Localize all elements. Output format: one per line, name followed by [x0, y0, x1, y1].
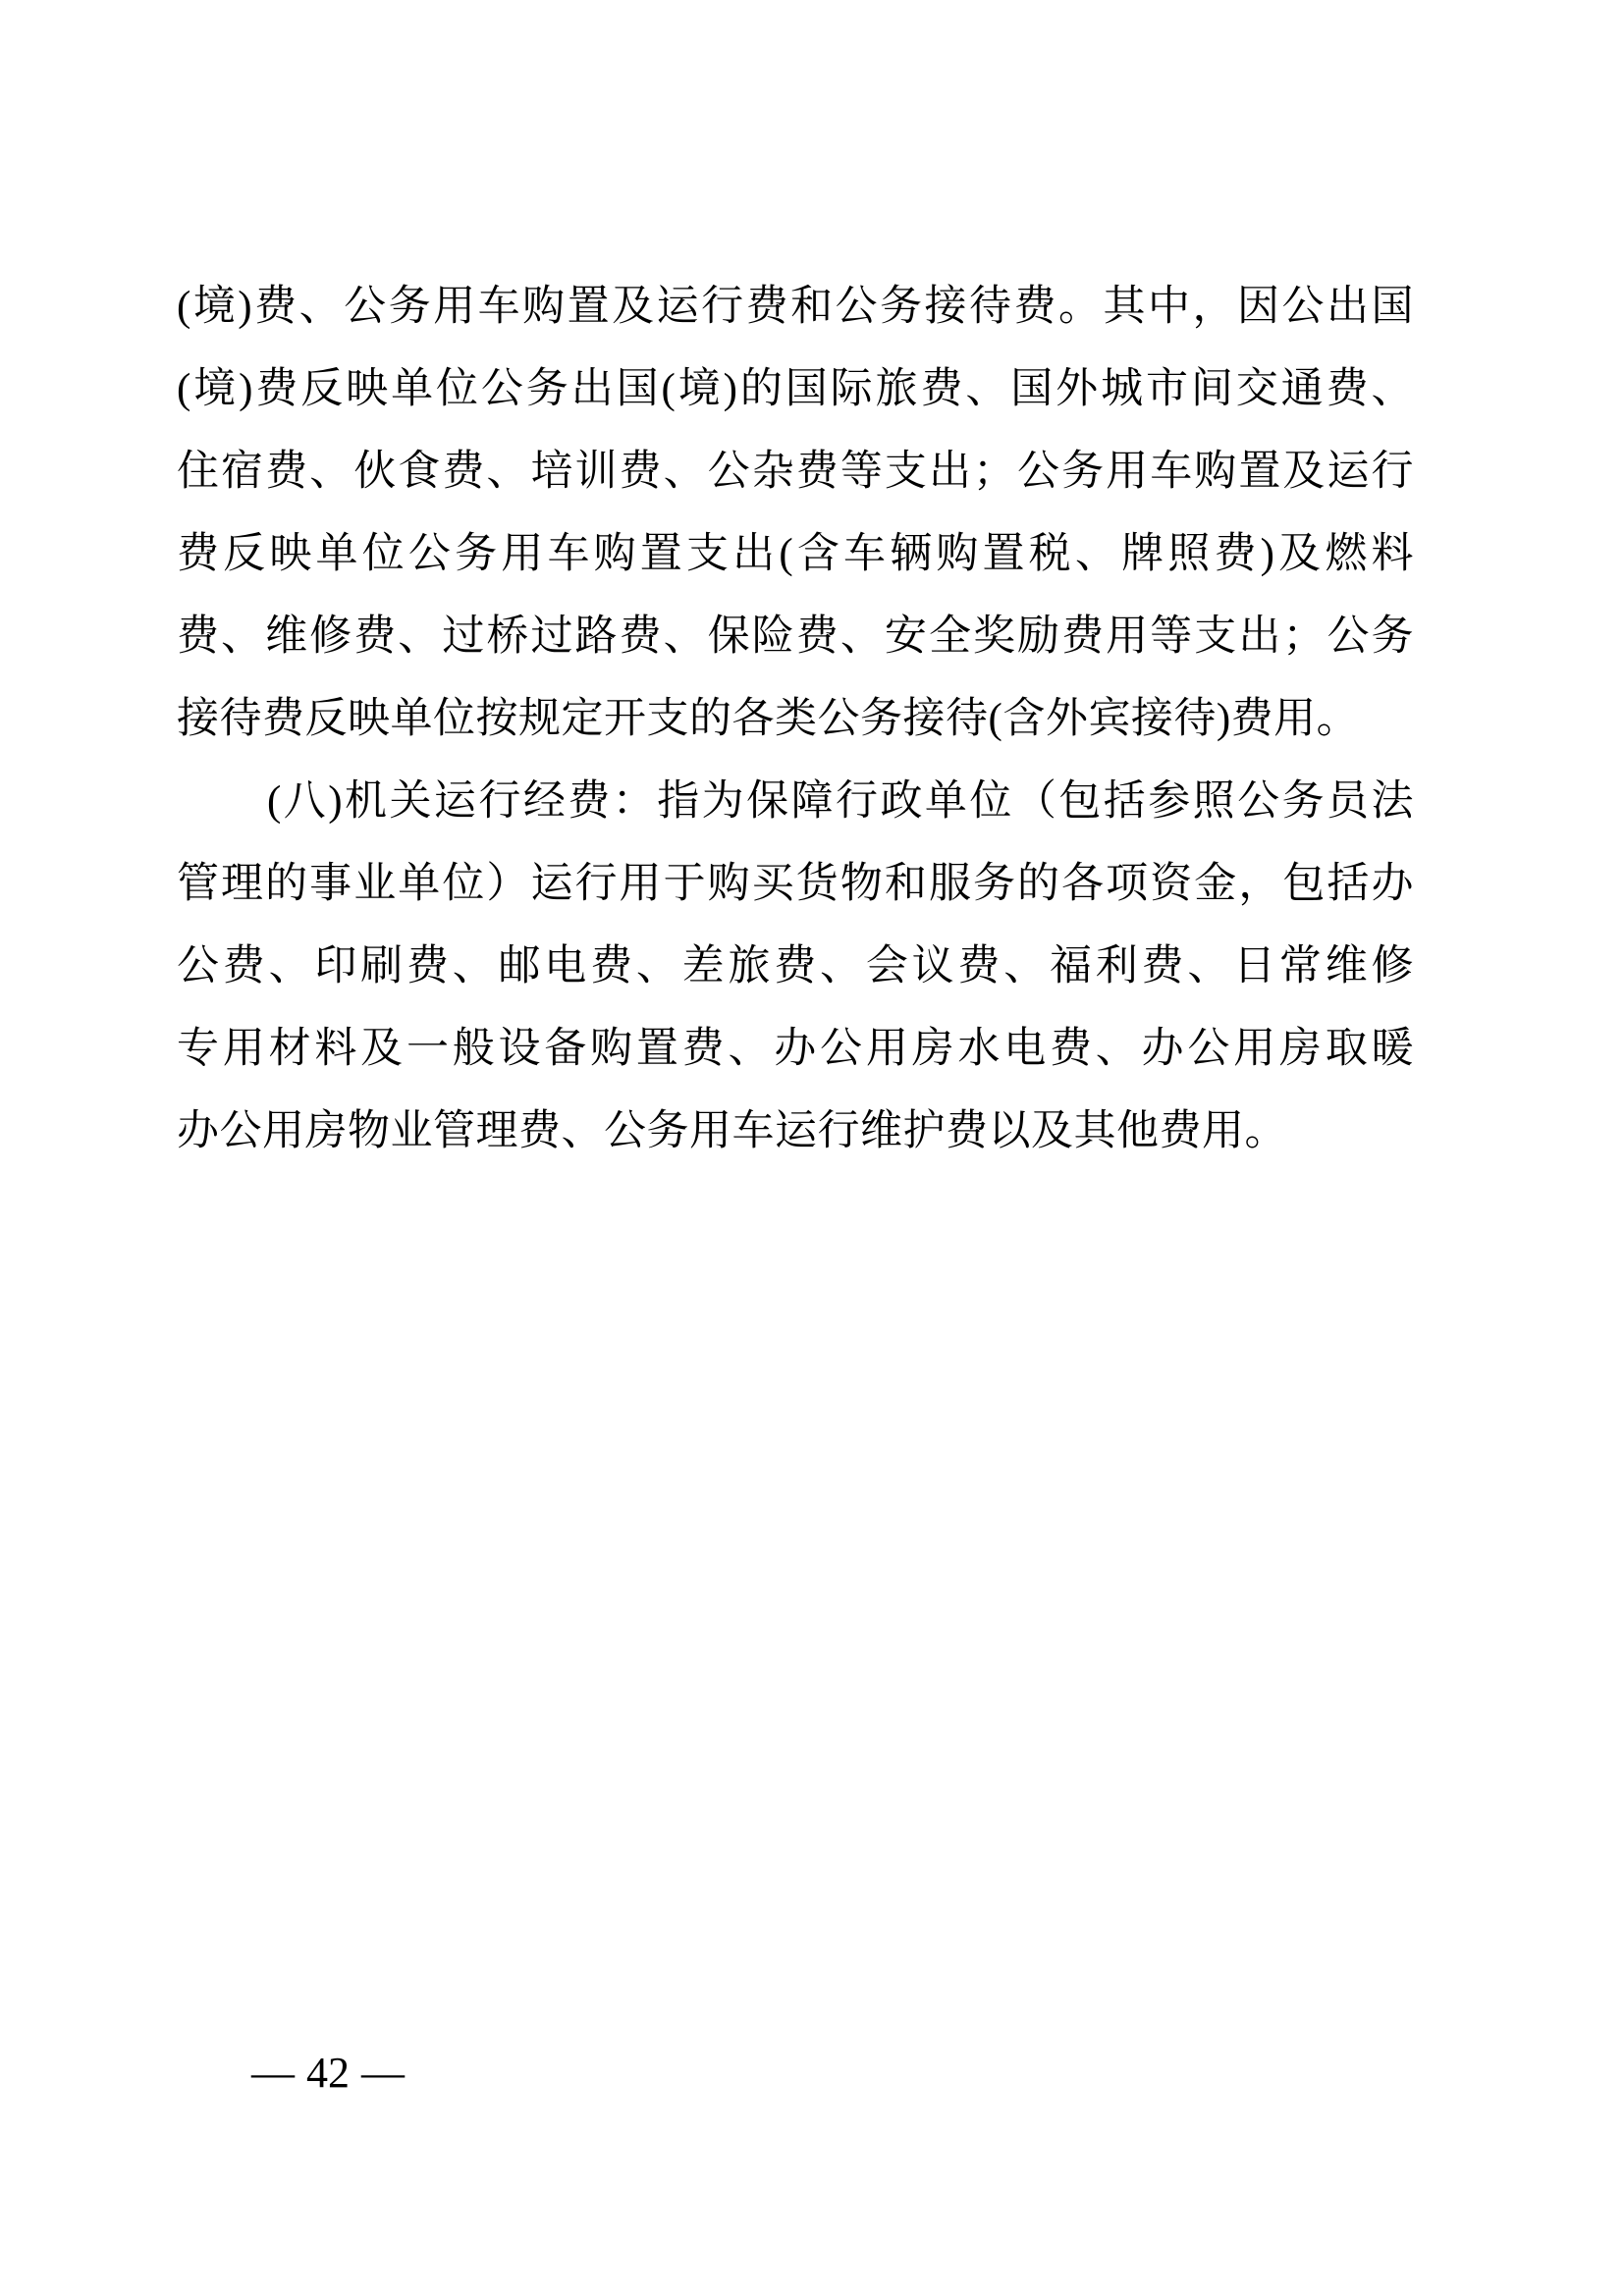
- page-number-footer: —42—: [251, 2050, 405, 2097]
- text-line: 接待费反映单位按规定开支的各类公务接待(含外宾接待)费用。: [177, 678, 1414, 761]
- text-line: 费、维修费、过桥过路费、保险费、安全奖励费用等支出；公务: [177, 596, 1414, 678]
- text-line: 管理的事业单位）运行用于购买货物和服务的各项资金，包括办: [177, 843, 1414, 926]
- text-line: 费反映单位公务用车购置支出(含车辆购置税、牌照费)及燃料: [177, 513, 1414, 596]
- text-line: 公费、印刷费、邮电费、差旅费、会议费、福利费、日常维修费、: [177, 926, 1414, 1008]
- text-line: 住宿费、伙食费、培训费、公杂费等支出；公务用车购置及运行: [177, 431, 1414, 513]
- text-line: 办公用房物业管理费、公务用车运行维护费以及其他费用。: [177, 1091, 1414, 1173]
- footer-dash-right: —: [361, 2049, 405, 2097]
- footer-dash-left: —: [251, 2049, 295, 2097]
- text-line: (境)费反映单位公务出国(境)的国际旅费、国外城市间交通费、: [177, 348, 1414, 431]
- text-line-paragraph-start: (八)机关运行经费：指为保障行政单位（包括参照公务员法: [177, 761, 1414, 843]
- text-line: (境)费、公务用车购置及运行费和公务接待费。其中，因公出国: [177, 266, 1414, 348]
- page-number: 42: [306, 2049, 350, 2097]
- body-text: (境)费、公务用车购置及运行费和公务接待费。其中，因公出国 (境)费反映单位公务…: [177, 266, 1414, 1173]
- document-page: (境)费、公务用车购置及运行费和公务接待费。其中，因公出国 (境)费反映单位公务…: [0, 0, 1624, 2296]
- text-line: 专用材料及一般设备购置费、办公用房水电费、办公用房取暖费、: [177, 1008, 1414, 1091]
